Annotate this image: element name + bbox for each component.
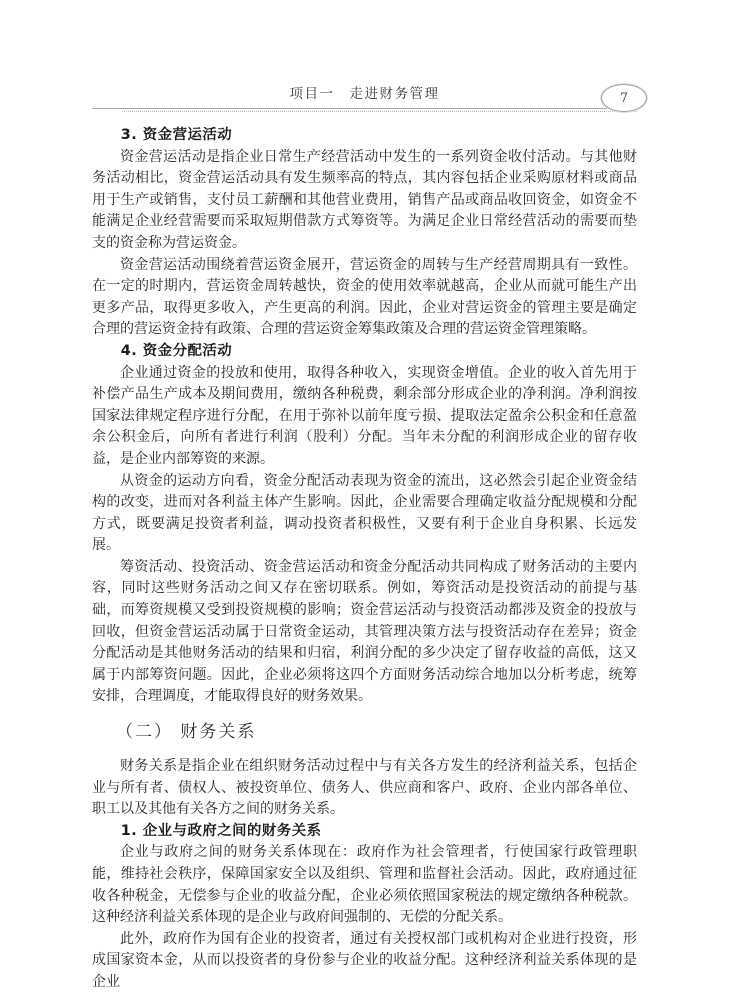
paragraph-working-capital-turnover: 资金营运活动围绕着营运资金展开，营运资金的周转与生产经营周期具有一致性。在一定的… (92, 255, 637, 341)
paragraph-government-as-administrator: 企业与政府之间的财务关系体现在：政府作为社会管理者，行使国家行政管理职能，维持社… (92, 842, 637, 928)
running-head-title: 项目一 走进财务管理 (92, 84, 637, 104)
header-rule-dotted (122, 111, 637, 112)
subsection-heading-financial-relations: （二） 财务关系 (92, 721, 637, 743)
header-rule-solid (92, 108, 637, 109)
book-page: 项目一 走进财务管理 7 3. 资金营运活动 资金营运活动是指企业日常生产经营活… (0, 0, 729, 1005)
paragraph-capital-operation-definition: 资金营运活动是指企业日常生产经营活动中发生的一系列资金收付活动。与其他财务活动相… (92, 147, 637, 255)
page-number-badge: 7 (601, 84, 647, 112)
paragraph-financial-relations-definition: 财务关系是指企业在组织财务活动过程中与有关各方发生的经济利益关系，包括企业与所有… (92, 756, 637, 821)
heading-capital-operation-activities: 3. 资金营运活动 (92, 125, 637, 147)
paragraph-government-as-investor: 此外，政府作为国有企业的投资者，通过有关授权部门或机构对企业进行投资，形成国家资… (92, 929, 637, 994)
paragraph-profit-distribution: 企业通过资金的投放和使用，取得各种收入，实现资金增值。企业的收入首先用于补偿产品… (92, 363, 637, 471)
heading-capital-distribution-activities: 4. 资金分配活动 (92, 341, 637, 363)
page-header: 项目一 走进财务管理 7 (92, 84, 637, 108)
page-number: 7 (620, 91, 628, 106)
paragraph-fund-outflow: 从资金的运动方向看，资金分配活动表现为资金的流出，这必然会引起企业资金结构的改变… (92, 471, 637, 557)
page-body: 3. 资金营运活动 资金营运活动是指企业日常生产经营活动中发生的一系列资金收付活… (92, 125, 637, 994)
paragraph-four-activities-relationship: 筹资活动、投资活动、资金营运活动和资金分配活动共同构成了财务活动的主要内容，同时… (92, 557, 637, 708)
heading-enterprise-government-relations: 1. 企业与政府之间的财务关系 (92, 821, 637, 843)
